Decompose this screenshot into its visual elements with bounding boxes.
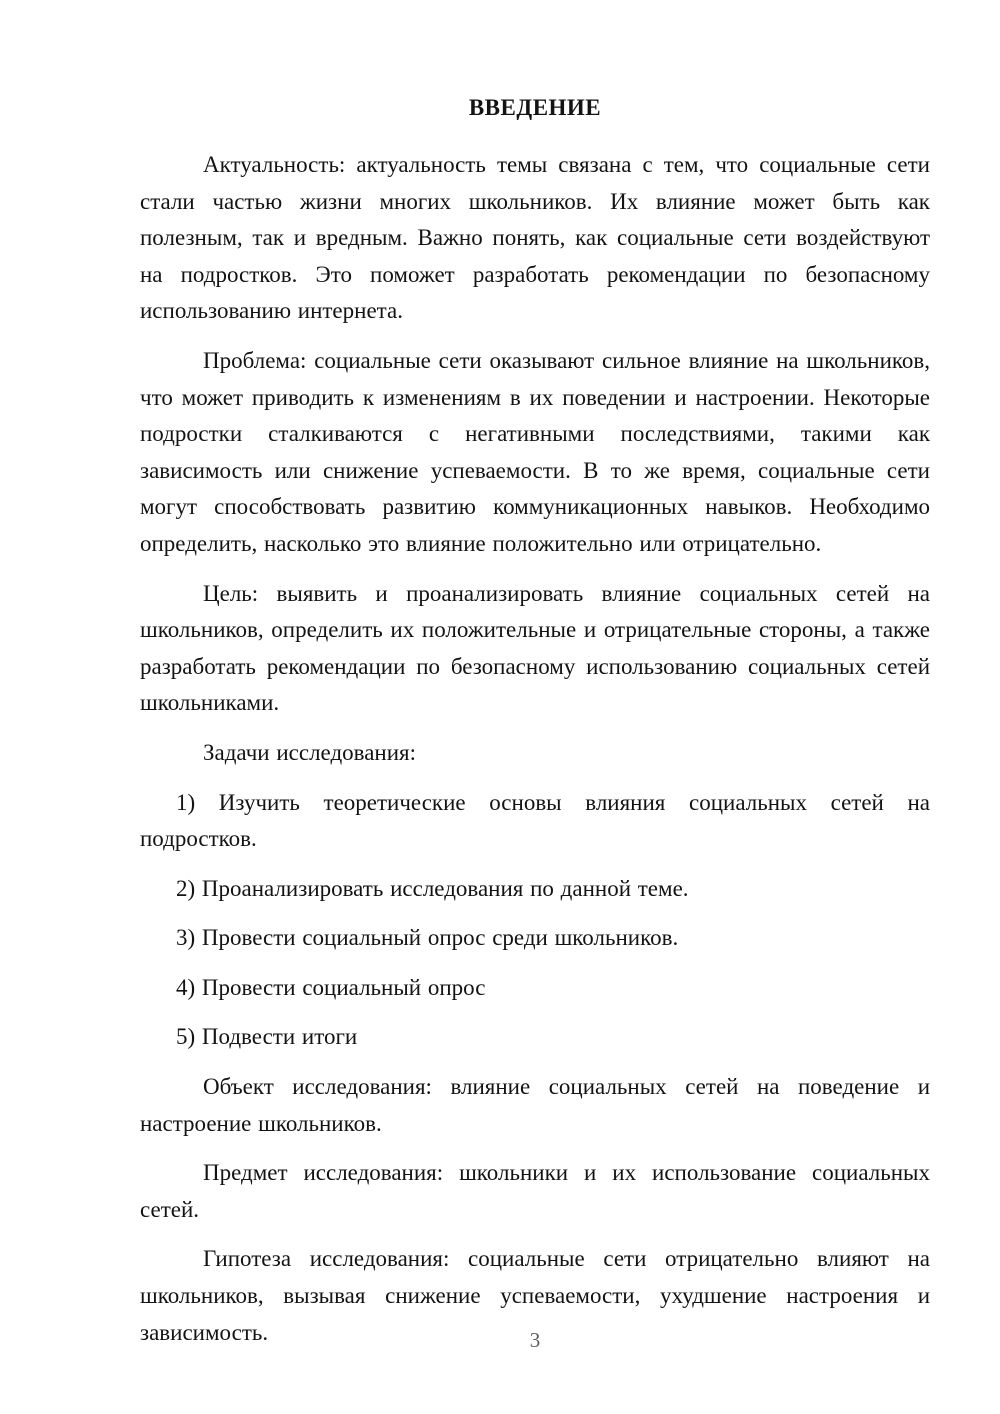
task-item-2: 2) Проанализировать исследования по данн… <box>140 871 930 908</box>
document-page: ВВЕДЕНИЕ Актуальность: актуальность темы… <box>0 0 1000 1414</box>
paragraph-problem: Проблема: социальные сети оказывают силь… <box>140 343 930 563</box>
page-title: ВВЕДЕНИЕ <box>140 90 930 126</box>
document-body: ВВЕДЕНИЕ Актуальность: актуальность темы… <box>140 90 930 1364</box>
paragraph-object: Объект исследования: влияние социальных … <box>140 1069 930 1142</box>
page-number: 3 <box>140 1328 930 1353</box>
task-item-1: 1) Изучить теоретические основы влияния … <box>140 785 930 858</box>
task-item-3: 3) Провести социальный опрос среди школь… <box>140 920 930 957</box>
task-item-4: 4) Провести социальный опрос <box>140 970 930 1007</box>
paragraph-goal: Цель: выявить и проанализировать влияние… <box>140 576 930 722</box>
paragraph-actuality: Актуальность: актуальность темы связана … <box>140 147 930 330</box>
tasks-heading: Задачи исследования: <box>140 735 930 772</box>
paragraph-subject: Предмет исследования: школьники и их исп… <box>140 1155 930 1228</box>
task-item-5: 5) Подвести итоги <box>140 1019 930 1056</box>
